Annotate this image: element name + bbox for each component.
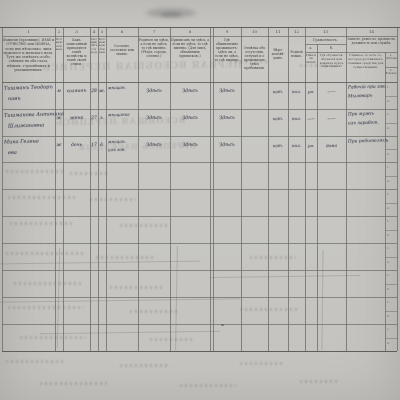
header-cell-relation: Какъ записанный приходится главѣ хозяйст… (64, 38, 89, 81)
column-number-12: 12 (288, 29, 305, 34)
row-side-label-2: 2. (387, 341, 390, 345)
row-side-label-1: 1. (387, 246, 390, 250)
row-side-label-2: 2. (387, 314, 390, 318)
literacy-title-rule (305, 44, 346, 45)
row-3-name: Мина Гелена (4, 139, 39, 146)
row-2-occupation: При мужѣ (348, 112, 374, 118)
row-2-name: Шлижановна (8, 122, 44, 129)
row-side-label-1: 1. (387, 219, 390, 223)
row-side-label-2: 2. (387, 152, 390, 156)
row-rule (2, 162, 397, 163)
row-3-age: 17 (90, 143, 98, 148)
header-number-rule (2, 36, 397, 37)
row-side-label-1: 1. (387, 85, 390, 89)
column-number-2: 2 (55, 29, 63, 34)
row-2-resides: Здѣсь (213, 116, 241, 122)
row-3-language: пол. (288, 143, 305, 148)
column-number-10: 10 (241, 29, 268, 34)
row-side-mid-rule (385, 230, 397, 231)
row-side-label-2: 2. (387, 260, 390, 264)
header-cell-resides: Гдѣ обыкновенно проживаетъ: здѣсь ли, а … (214, 38, 240, 81)
row-rule (2, 189, 397, 190)
column-number-6: 6 (106, 29, 138, 34)
row-side-label-2: 2. (387, 233, 390, 237)
row-3-relation: дочь (63, 143, 90, 149)
row-3-name: ева (8, 150, 17, 156)
row-side-mid-rule (385, 257, 397, 258)
row-side-mid-rule (385, 96, 397, 97)
occupation-side-2: 2. Вспомог. (386, 69, 397, 75)
table-vertical-rule (385, 52, 386, 351)
row-3-resides: Здѣсь (213, 143, 241, 149)
row-1-registered: Здѣсь (170, 88, 210, 94)
column-number-1: 1 (2, 29, 55, 34)
row-side-label-2: 2. (387, 99, 390, 103)
row-side-mid-rule (385, 149, 397, 150)
row-3-sex: ж (55, 143, 63, 148)
row-rule (2, 270, 397, 271)
row-3-religion: кат. (268, 143, 288, 149)
census-table: 1234567891011121314Фамилія (прозвище), И… (0, 0, 400, 400)
header-cell-occupation-main: Главное, то есть то, которое доставляетъ… (347, 54, 384, 81)
column-number-8: 8 (170, 29, 210, 34)
scanned-census-sheet: ПЕРВАЯ ВСЕОБЩАЯ ПЕРЕПИСЬВСЕОБЩАЯ ПЕРЕПИС… (0, 0, 400, 400)
row-3-studied: дома (317, 143, 346, 149)
row-side-label-1: 1. (387, 192, 390, 196)
table-vertical-rule (397, 27, 398, 351)
header-cell-religion: Вѣро-исповѣ-даніе. (269, 48, 287, 81)
row-side-label-2: 2. (387, 206, 390, 210)
row-3-occupation: При родителяхъ (348, 138, 388, 144)
row-1-language: пол. (288, 89, 305, 94)
row-side-mid-rule (385, 338, 397, 339)
column-number-4: 4 (90, 29, 98, 34)
row-rule (2, 216, 397, 217)
occupation-side-mid-rule (385, 67, 397, 68)
row-side-label-1: 1. (387, 112, 390, 116)
row-1-resides: Здѣсь (213, 89, 241, 95)
row-1-reads: ум. (305, 89, 317, 94)
literacy-group-title: Грамотность. (306, 38, 345, 42)
header-cell-registered: Приписанъ ли здѣсь, а если не здѣсь, то … (171, 38, 209, 81)
header-cell-estate: Сословіе, состояніе или званіе. (107, 44, 137, 81)
row-3-estate: изъ зав. (108, 147, 126, 152)
row-3-born: Здѣсь (138, 143, 170, 149)
header-cell-name: Фамилія (прозвище), ИМЯ и ОТЧЕСТВО или И… (3, 38, 54, 81)
column-number-13: 13 (305, 29, 346, 34)
header-cell-literacy-b: Гдѣ обучается, обучался или кончилъ курс… (318, 54, 345, 81)
row-2-marital: з. (98, 116, 106, 121)
row-2-sex: ж (55, 116, 63, 121)
row-rule (2, 324, 397, 325)
row-2-religion: кат. (268, 116, 288, 122)
column-number-3: 3 (63, 29, 90, 34)
row-1-born: Здѣсь (138, 89, 170, 95)
header-bottom-rule (2, 82, 397, 83)
header-cell-literacy-a: Умѣетъ ли читать? (306, 54, 316, 81)
row-side-label-2: 2. (387, 126, 390, 130)
row-3-registered: Здѣсь (170, 142, 210, 148)
table-bottom-border (2, 351, 397, 352)
row-3-marital: д. (98, 143, 106, 148)
row-side-label-1: 1. (387, 300, 390, 304)
row-side-mid-rule (385, 203, 397, 204)
row-side-mid-rule (385, 123, 397, 124)
row-side-mid-rule (385, 284, 397, 285)
header-cell-marital: Холостъ, женатъ, вдовъ или разв. (99, 38, 105, 81)
column-number-7: 7 (138, 29, 170, 34)
row-1-name: новъ (8, 96, 21, 102)
row-3-estate: мѣщан. (108, 139, 126, 144)
row-3-reads: ум. (305, 143, 317, 148)
occupation-title-rule (346, 52, 397, 53)
row-rule (2, 243, 397, 244)
row-side-label-2: 2. (387, 179, 390, 183)
row-2-reads: —— (305, 116, 317, 121)
row-1-occupation: Мыловаръ (348, 94, 373, 100)
row-1-estate: мѣщан. (108, 85, 126, 90)
row-rule (2, 109, 397, 110)
row-1-studied: —— (317, 89, 346, 95)
header-cell-absence: Отмѣтка объ отсутствіи, отлучкѣ и о врем… (242, 46, 267, 81)
column-number-11: 11 (268, 29, 288, 34)
row-1-sex: м (55, 89, 63, 94)
row-2-occupation: изъ заработ. (348, 121, 379, 127)
row-side-label-2: 2. (387, 287, 390, 291)
header-cell-language: Родной языкъ. (289, 50, 304, 81)
row-1-name: Тишманъ Теодоръ (4, 84, 53, 91)
row-2-age: 27 (90, 116, 98, 121)
row-rule (2, 136, 397, 137)
row-side-mid-rule (385, 176, 397, 177)
row-2-relation: жена (63, 116, 90, 122)
row-2-registered: Здѣсь (170, 115, 210, 121)
row-1-occupation: Рабочій при зав. (348, 84, 386, 90)
row-2-estate: мѣщанка (108, 112, 130, 118)
column-number-5: 5 (98, 29, 106, 34)
row-side-mid-rule (385, 311, 397, 312)
paper-speck (221, 324, 224, 326)
occupation-group-title: Занятіе, ремесло, промыслъ, должность ил… (347, 37, 396, 45)
row-side-label-1: 1. (387, 273, 390, 277)
row-1-age: 28 (90, 89, 98, 94)
row-side-label-1: 1. (387, 165, 390, 169)
occupation-side-1: 1. Побочное (386, 54, 397, 60)
literacy-a-label: а. (305, 46, 317, 50)
header-cell-born: Родился ли здѣсь, а если не здѣсь, то гд… (139, 38, 169, 81)
header-cell-sex: Полъ: муж. или жен. (56, 38, 62, 81)
row-rule (2, 297, 397, 298)
column-number-14: 14 (346, 29, 397, 34)
row-side-label-1: 1. (387, 327, 390, 331)
literacy-b-label: б. (317, 46, 346, 50)
row-2-studied: —— (317, 116, 346, 122)
header-cell-age: Сколько минуло лѣтъ отъ роду. (91, 38, 97, 81)
row-1-marital: ж. (98, 89, 106, 94)
literacy-sub-rule (305, 52, 346, 53)
row-2-language: пол. (288, 116, 305, 121)
row-1-relation: хозяинъ (63, 89, 90, 95)
column-number-9: 9 (213, 29, 241, 34)
row-2-born: Здѣсь (138, 116, 170, 122)
row-1-religion: кат. (268, 89, 288, 95)
